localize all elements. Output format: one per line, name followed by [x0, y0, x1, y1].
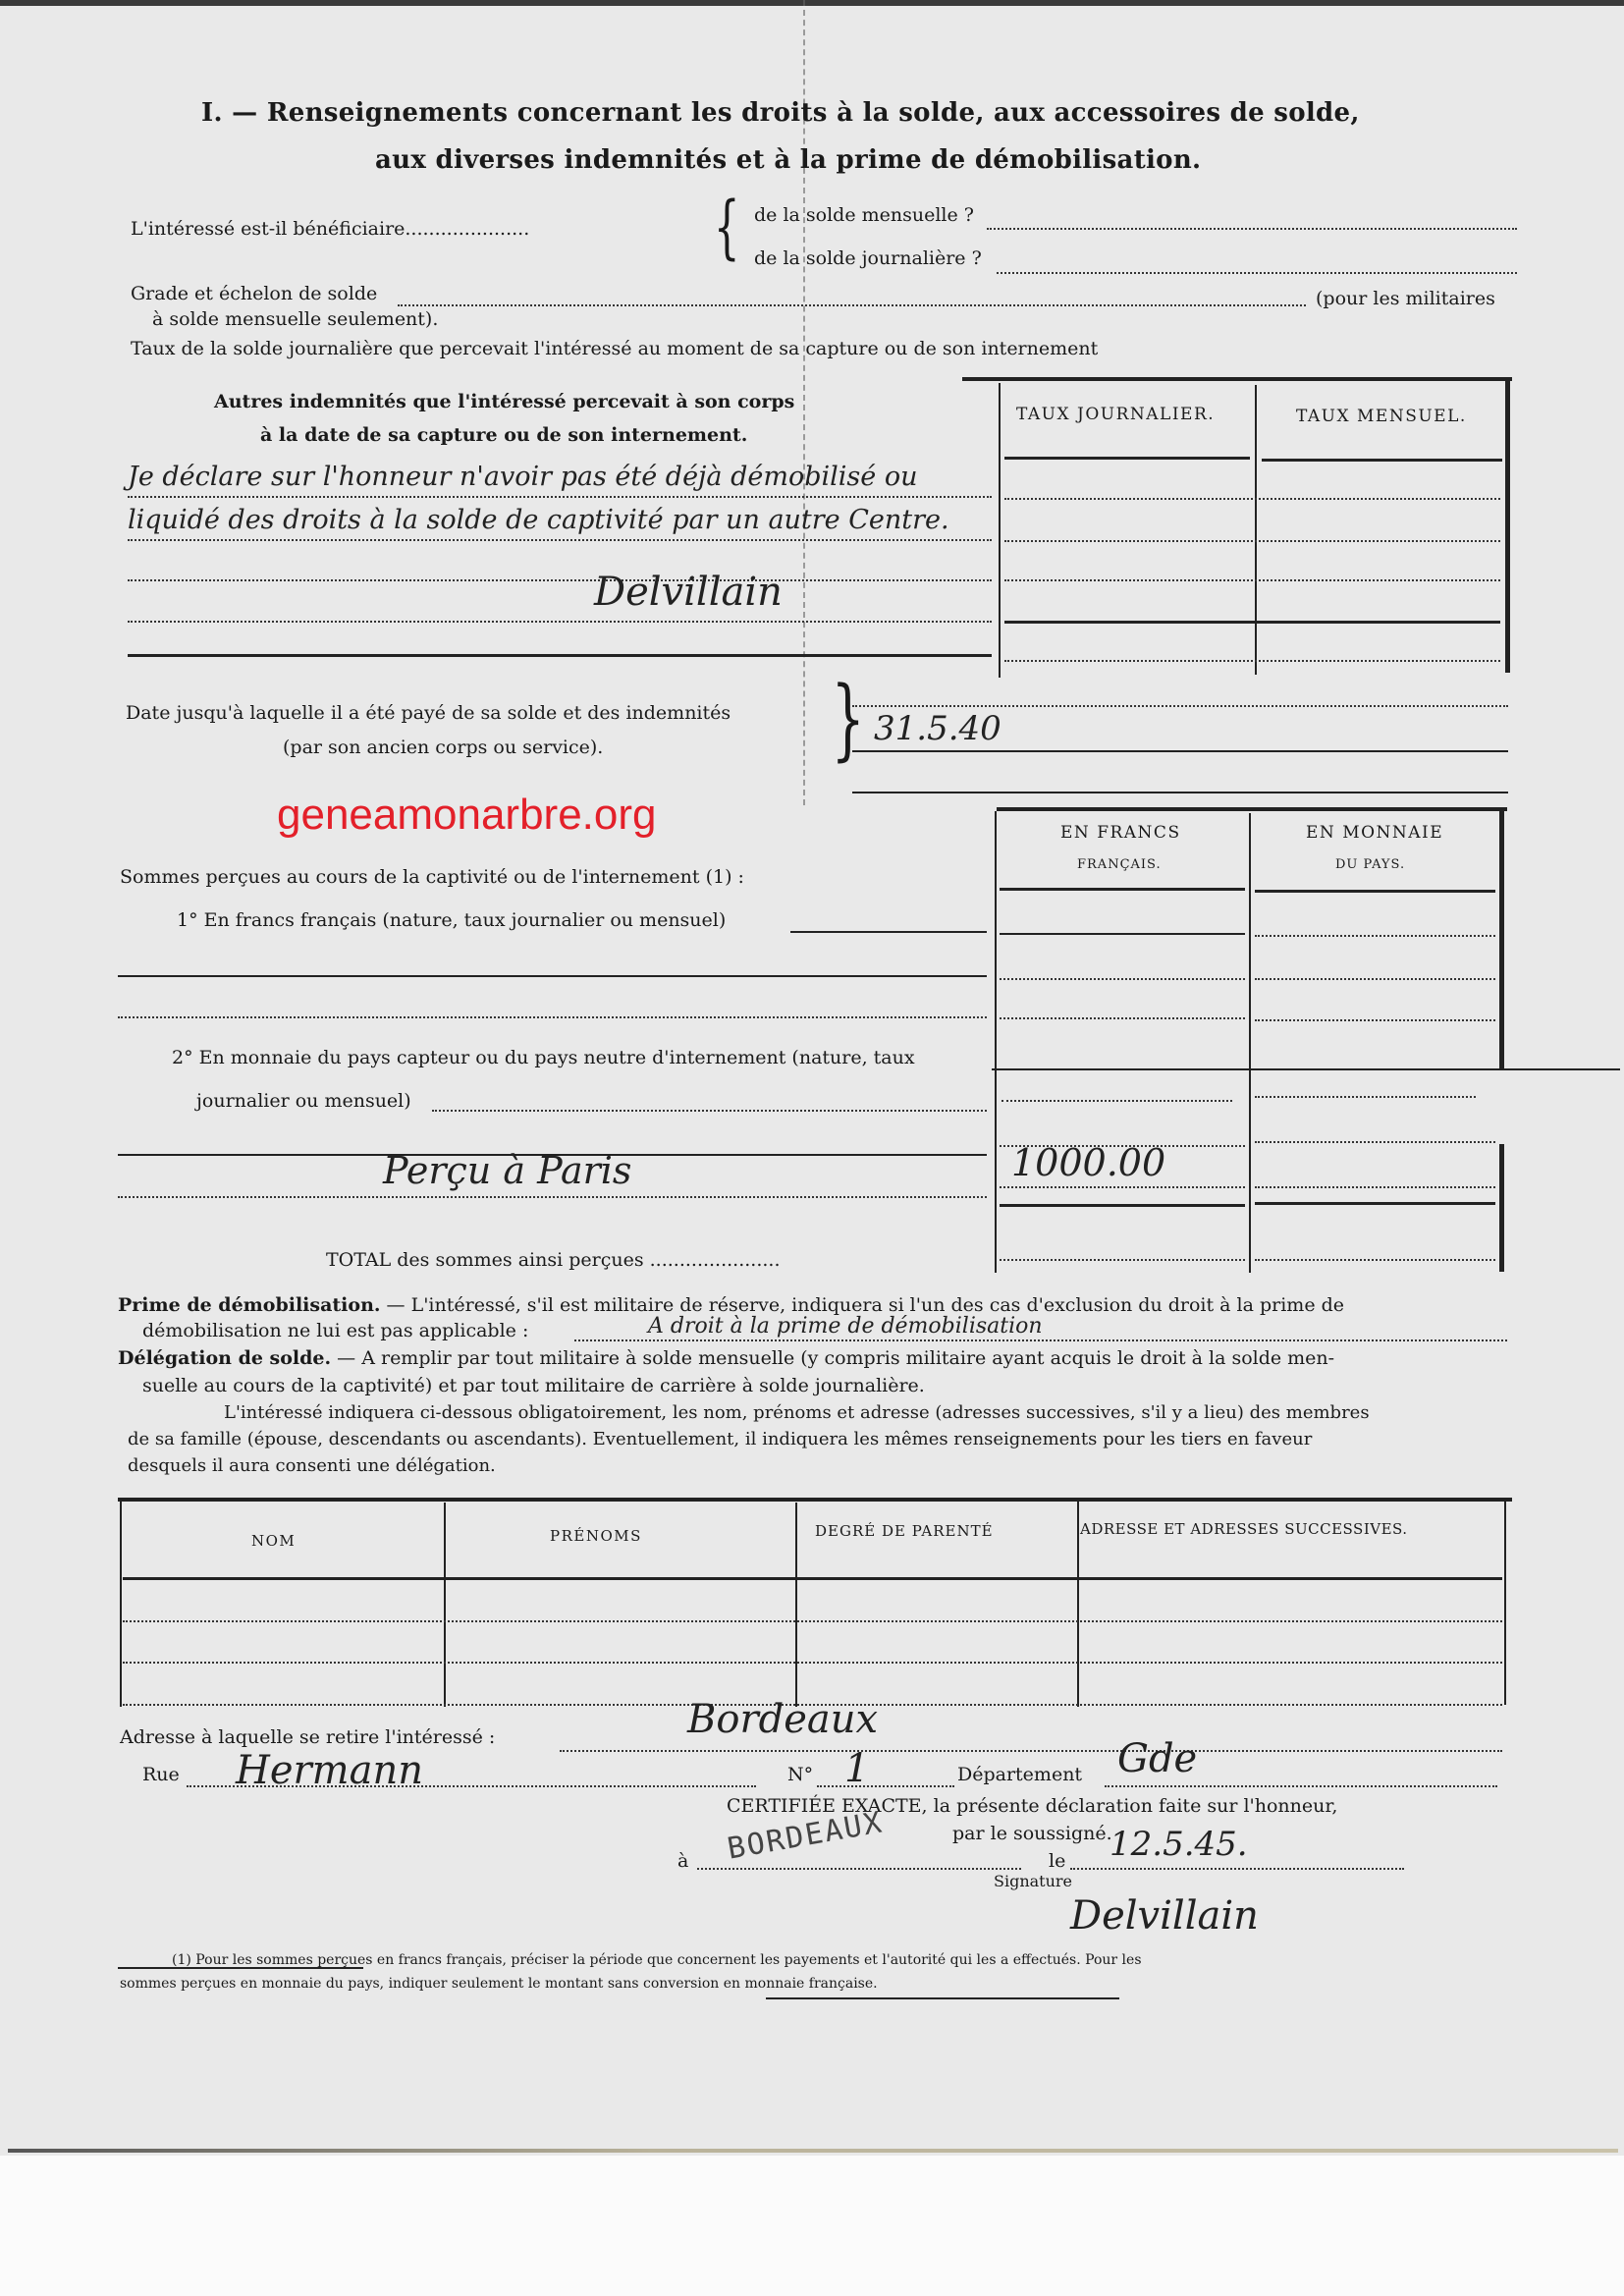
column-divider [999, 383, 1001, 678]
francs-total[interactable] [1000, 1259, 1245, 1261]
table-top-border [962, 377, 1512, 381]
table-top-border [118, 1498, 1512, 1502]
certification-date: 12.5.45. [1110, 1825, 1248, 1864]
header-rule [123, 1577, 1502, 1580]
row-line [128, 496, 992, 498]
sommes-item-1: 1° En francs français (nature, taux jour… [177, 909, 726, 931]
delegation-text-2: suelle au cours de la captivité) et par … [142, 1375, 925, 1396]
prime-title: Prime de démobilisation. [118, 1294, 381, 1316]
date-paye-label-1: Date jusqu'à laquelle il a été payé de s… [126, 702, 731, 724]
adresse-field[interactable] [560, 1750, 1502, 1752]
row-line [852, 792, 1508, 793]
row-line [128, 539, 992, 541]
sommes-label: Sommes perçues au cours de la captivité … [120, 866, 744, 888]
scan-margin [0, 2156, 1624, 2296]
taux-row-3[interactable] [1004, 579, 1500, 581]
rue-value: Hermann [236, 1748, 423, 1793]
prime-value: A droit à la prime de démobilisation [648, 1314, 1043, 1339]
col-degre-parente: DEGRÉ DE PARENTÉ [815, 1522, 994, 1540]
adresse-label: Adresse à laquelle se retire l'intéressé… [120, 1726, 495, 1748]
monnaie-row-2[interactable] [1255, 978, 1495, 980]
column-divider [995, 811, 997, 1273]
solde-mensuelle-label: de la solde mensuelle ? [754, 204, 974, 226]
table-right-border [1499, 809, 1504, 1069]
departement-field[interactable] [1105, 1785, 1497, 1787]
row-line [128, 579, 992, 581]
col-nom: NOM [251, 1532, 296, 1550]
date-paye-label-2: (par son ancien corps ou service). [283, 737, 603, 758]
montant-francs: 1000.00 [1011, 1141, 1165, 1184]
table-right-border [1505, 378, 1510, 673]
row-line [574, 1339, 1507, 1341]
date-field[interactable] [1070, 1868, 1404, 1870]
indemnites-heading-2: à la date de sa capture ou de son intern… [260, 424, 747, 446]
row-line [852, 750, 1508, 752]
francs-row-4[interactable] [1001, 1100, 1232, 1102]
row-line [118, 975, 987, 977]
column-divider [1249, 813, 1251, 1273]
header-rule [1004, 457, 1250, 460]
tear-line [992, 1068, 1620, 1070]
departement-label: Département [957, 1764, 1082, 1785]
col-monnaie-line2: DU PAYS. [1335, 857, 1405, 872]
row-line [128, 621, 992, 623]
declaration-line-1: Je déclare sur l'honneur n'avoir pas été… [128, 462, 917, 492]
table-right-border [1504, 1499, 1506, 1705]
numero-field[interactable] [817, 1785, 954, 1787]
col-monnaie-line1: EN MONNAIE [1306, 823, 1443, 843]
brace: } [831, 668, 864, 771]
header-rule [1255, 890, 1495, 893]
row-line [432, 1110, 987, 1112]
taux-row-4 [1004, 621, 1500, 624]
table-right-border [1499, 1144, 1504, 1272]
francs-row-6[interactable] [1000, 1186, 1245, 1188]
monnaie-row-1[interactable] [1255, 935, 1495, 937]
signature-label: Signature [994, 1872, 1072, 1890]
sommes-item-2b: journalier ou mensuel) [196, 1090, 411, 1112]
lieu-field[interactable] [697, 1868, 1021, 1870]
taux-row-5[interactable] [1004, 660, 1500, 662]
delegation-text-1: — A remplir par tout militaire à solde m… [331, 1347, 1334, 1369]
col-francs-line2: FRANÇAIS. [1077, 857, 1162, 872]
form-title-line1: I. — Renseignements concernant les droit… [201, 98, 1360, 128]
solde-mensuelle-field[interactable] [987, 228, 1517, 230]
footnote-line-1: (1) Pour les sommes perçues en francs fr… [172, 1952, 1142, 1968]
page-top-edge [0, 0, 1624, 6]
taux-label: Taux de la solde journalière que perceva… [131, 338, 1098, 359]
grade-suffix: (pour les militaires [1316, 288, 1495, 309]
solde-journaliere-field[interactable] [997, 272, 1517, 274]
row-line [128, 654, 992, 657]
delegation-text-4: de sa famille (épouse, descendants ou as… [128, 1429, 1312, 1449]
taux-row-1[interactable] [1004, 498, 1500, 500]
row-line [852, 705, 1508, 707]
column-divider [444, 1503, 446, 1707]
form-title-line2: aux diverses indemnités et à la prime de… [375, 145, 1201, 175]
taux-row-2[interactable] [1004, 540, 1500, 542]
beneficiaire-label: L'intéressé est-il bénéficiaire.........… [131, 218, 529, 240]
page-bottom-edge [8, 2149, 1618, 2153]
prime-text-1: — L'intéressé, s'il est militaire de rés… [381, 1294, 1345, 1316]
monnaie-total[interactable] [1255, 1259, 1495, 1261]
monnaie-row-3[interactable] [1255, 1019, 1495, 1021]
col-francs-line1: EN FRANCS [1060, 823, 1181, 843]
monnaie-row-5[interactable] [1255, 1141, 1495, 1143]
table-top-border [997, 807, 1507, 811]
declaration-line-2: liquidé des droits à la solde de captivi… [128, 505, 949, 535]
header-rule [1262, 459, 1502, 462]
sommes-item-2a: 2° En monnaie du pays capteur ou du pays… [172, 1047, 915, 1068]
col-prenoms: PRÉNOMS [550, 1527, 642, 1545]
delegation-text-5: desquels il aura consenti une délégation… [128, 1455, 496, 1476]
col-adresses: ADRESSE ET ADRESSES SUCCESSIVES. [1080, 1520, 1408, 1538]
row-line [123, 1662, 1502, 1664]
francs-row-3[interactable] [1000, 1017, 1245, 1019]
indemnites-heading-1: Autres indemnités que l'intéressé percev… [214, 391, 794, 412]
certification-line-2: par le soussigné. [952, 1823, 1112, 1844]
sommes-handwritten: Perçu à Paris [383, 1149, 631, 1192]
grade-suffix-2: à solde mensuelle seulement). [152, 308, 438, 330]
footnote-line-2: sommes perçues en monnaie du pays, indiq… [120, 1976, 878, 1992]
delegation-text-3: L'intéressé indiquera ci-dessous obligat… [224, 1402, 1370, 1423]
grade-label: Grade et échelon de solde [131, 283, 377, 304]
row-line [790, 931, 987, 933]
col-taux-mensuel: TAUX MENSUEL. [1296, 407, 1467, 426]
adresse-ville: Bordeaux [687, 1697, 878, 1742]
footnote-underline [766, 1997, 1119, 1999]
numero-label: N° [787, 1764, 813, 1785]
rue-label: Rue [142, 1764, 180, 1785]
table-left-border [120, 1501, 122, 1707]
delegation-title: Délégation de solde. [118, 1347, 331, 1369]
header-rule [1000, 888, 1245, 891]
francs-row-2[interactable] [1000, 978, 1245, 980]
date-paye-value: 31.5.40 [874, 709, 1001, 748]
numero-value: 1 [844, 1746, 869, 1791]
column-divider [1255, 385, 1257, 675]
le-label: le [1049, 1850, 1065, 1872]
prime-text-2: démobilisation ne lui est pas applicable… [142, 1320, 528, 1341]
total-label: TOTAL des sommes ainsi perçues .........… [326, 1249, 781, 1271]
row-line [118, 1196, 987, 1198]
certification-line-1: CERTIFIÉE EXACTE, la présente déclaratio… [727, 1795, 1337, 1817]
column-divider [795, 1503, 797, 1707]
signature: Delvillain [1070, 1893, 1259, 1939]
column-divider [1077, 1501, 1079, 1707]
total-rule [1000, 1204, 1245, 1207]
grade-field[interactable] [398, 304, 1306, 306]
francs-row-1 [1000, 933, 1245, 935]
a-label: à [677, 1850, 688, 1872]
row-line [118, 1016, 987, 1018]
brace: { [714, 187, 740, 267]
monnaie-row-6[interactable] [1255, 1186, 1495, 1188]
monnaie-row-4[interactable] [1255, 1096, 1476, 1098]
row-line [123, 1620, 1502, 1622]
solde-journaliere-label: de la solde journalière ? [754, 247, 982, 269]
watermark: geneamonarbre.org [277, 791, 656, 840]
col-taux-journalier: TAUX JOURNALIER. [1016, 405, 1215, 424]
departement-value: Gde [1117, 1736, 1197, 1781]
declaration-signature: Delvillain [594, 570, 783, 615]
total-rule [1255, 1202, 1495, 1205]
